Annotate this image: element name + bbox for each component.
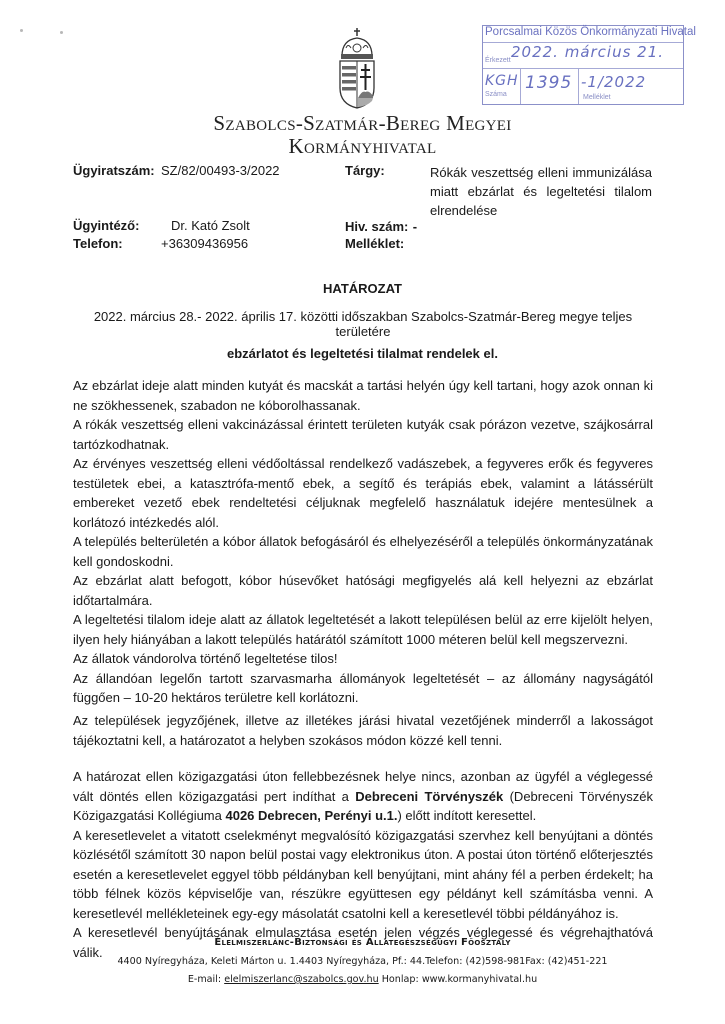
stamp-number-suffix: -1/2022 <box>581 73 646 91</box>
stamp-received-label: Érkezett <box>485 57 511 64</box>
registration-stamp: Porcsalmai Közös Önkormányzati Hivatal É… <box>482 25 684 105</box>
appeal-section: A határozat ellen közigazgatási úton fel… <box>73 767 653 962</box>
decision-decree: ebzárlatot és legeltetési tilalmat rende… <box>0 346 725 361</box>
appeal-text: ) előtt indított keresettel. <box>397 808 536 823</box>
footer-department: Élelmiszerlánc-Biztonsági és Állategészs… <box>0 937 725 948</box>
provision-paragraph: Az állandóan legelőn tartott szarvasmarh… <box>73 669 653 708</box>
provision-paragraph: A rókák veszettség elleni vakcinázással … <box>73 415 653 454</box>
appeal-paragraph: A határozat ellen közigazgatási úton fel… <box>73 767 653 826</box>
organization-name-line2: Kormányhivatal <box>0 134 725 159</box>
appeal-paragraph: A keresetlevelet a vitatott cselekményt … <box>73 826 653 924</box>
phone-label: Telefon: <box>73 236 123 251</box>
stamp-divider <box>520 69 521 104</box>
website-label: Honlap: <box>379 974 422 985</box>
provision-paragraph: Az ebzárlat ideje alatt minden kutyát és… <box>73 376 653 415</box>
provision-paragraph: A legeltetési tilalom ideje alatt az áll… <box>73 610 653 649</box>
footer-contact: E-mail: elelmiszerlanc@szabolcs.gov.hu H… <box>0 974 725 985</box>
stamp-number-prefix: KGH <box>485 73 519 89</box>
decision-intro: 2022. március 28.- 2022. április 17. köz… <box>73 309 653 339</box>
document-heading: HATÁROZAT <box>0 281 725 296</box>
stamp-divider <box>578 69 579 104</box>
case-number-value: SZ/82/00493-3/2022 <box>161 163 280 178</box>
case-number-label: Ügyiratszám: <box>73 163 155 178</box>
reference-value: - <box>413 219 417 234</box>
stamp-office-name: Porcsalmai Közös Önkormányzati Hivatal <box>485 26 696 38</box>
subject-value: Rókák veszettség elleni immunizálása mia… <box>430 163 652 220</box>
subject-label: Tárgy: <box>345 163 385 178</box>
phone-value: +36309436956 <box>161 236 248 251</box>
attachment-label: Melléklet: <box>345 236 404 251</box>
footer-address: 4400 Nyíregyháza, Keleti Márton u. 1.440… <box>0 956 725 967</box>
notice-paragraph: Az települések jegyzőjének, illetve az i… <box>73 711 653 750</box>
provision-paragraph: A település belterületén a kóbor állatok… <box>73 532 653 571</box>
stamp-number-value: 1395 <box>525 73 572 93</box>
provision-paragraph: Az állatok vándorolva történő legeltetés… <box>73 649 653 669</box>
scan-speck <box>20 29 23 32</box>
provision-paragraph: Az ebzárlat alatt befogott, kóbor húsevő… <box>73 571 653 610</box>
email-label: E-mail: <box>188 974 224 985</box>
stamp-received-date: 2022. március 21. <box>511 43 664 61</box>
officer-label: Ügyintéző: <box>73 218 139 233</box>
scan-speck <box>60 31 63 34</box>
website-link[interactable]: www.kormanyhivatal.hu <box>422 974 537 985</box>
officer-value: Dr. Kató Zsolt <box>171 218 250 233</box>
stamp-number-label: Száma <box>485 91 507 98</box>
court-address: 4026 Debrecen, Perényi u.1. <box>225 808 397 823</box>
organization-name-line1: Szabolcs-Szatmár-Bereg Megyei <box>0 111 725 136</box>
stamp-attachment-label: Melléklet <box>583 94 611 101</box>
coat-of-arms-icon <box>334 26 380 110</box>
provision-paragraph: Az érvényes veszettség elleni védőoltáss… <box>73 454 653 532</box>
email-link[interactable]: elelmiszerlanc@szabolcs.gov.hu <box>224 974 378 985</box>
reference-number: Hiv. szám: - <box>345 218 417 236</box>
court-name: Debreceni Törvényszék <box>355 789 503 804</box>
reference-label: Hiv. szám: <box>345 219 408 234</box>
decision-provisions: Az ebzárlat ideje alatt minden kutyát és… <box>73 376 653 708</box>
